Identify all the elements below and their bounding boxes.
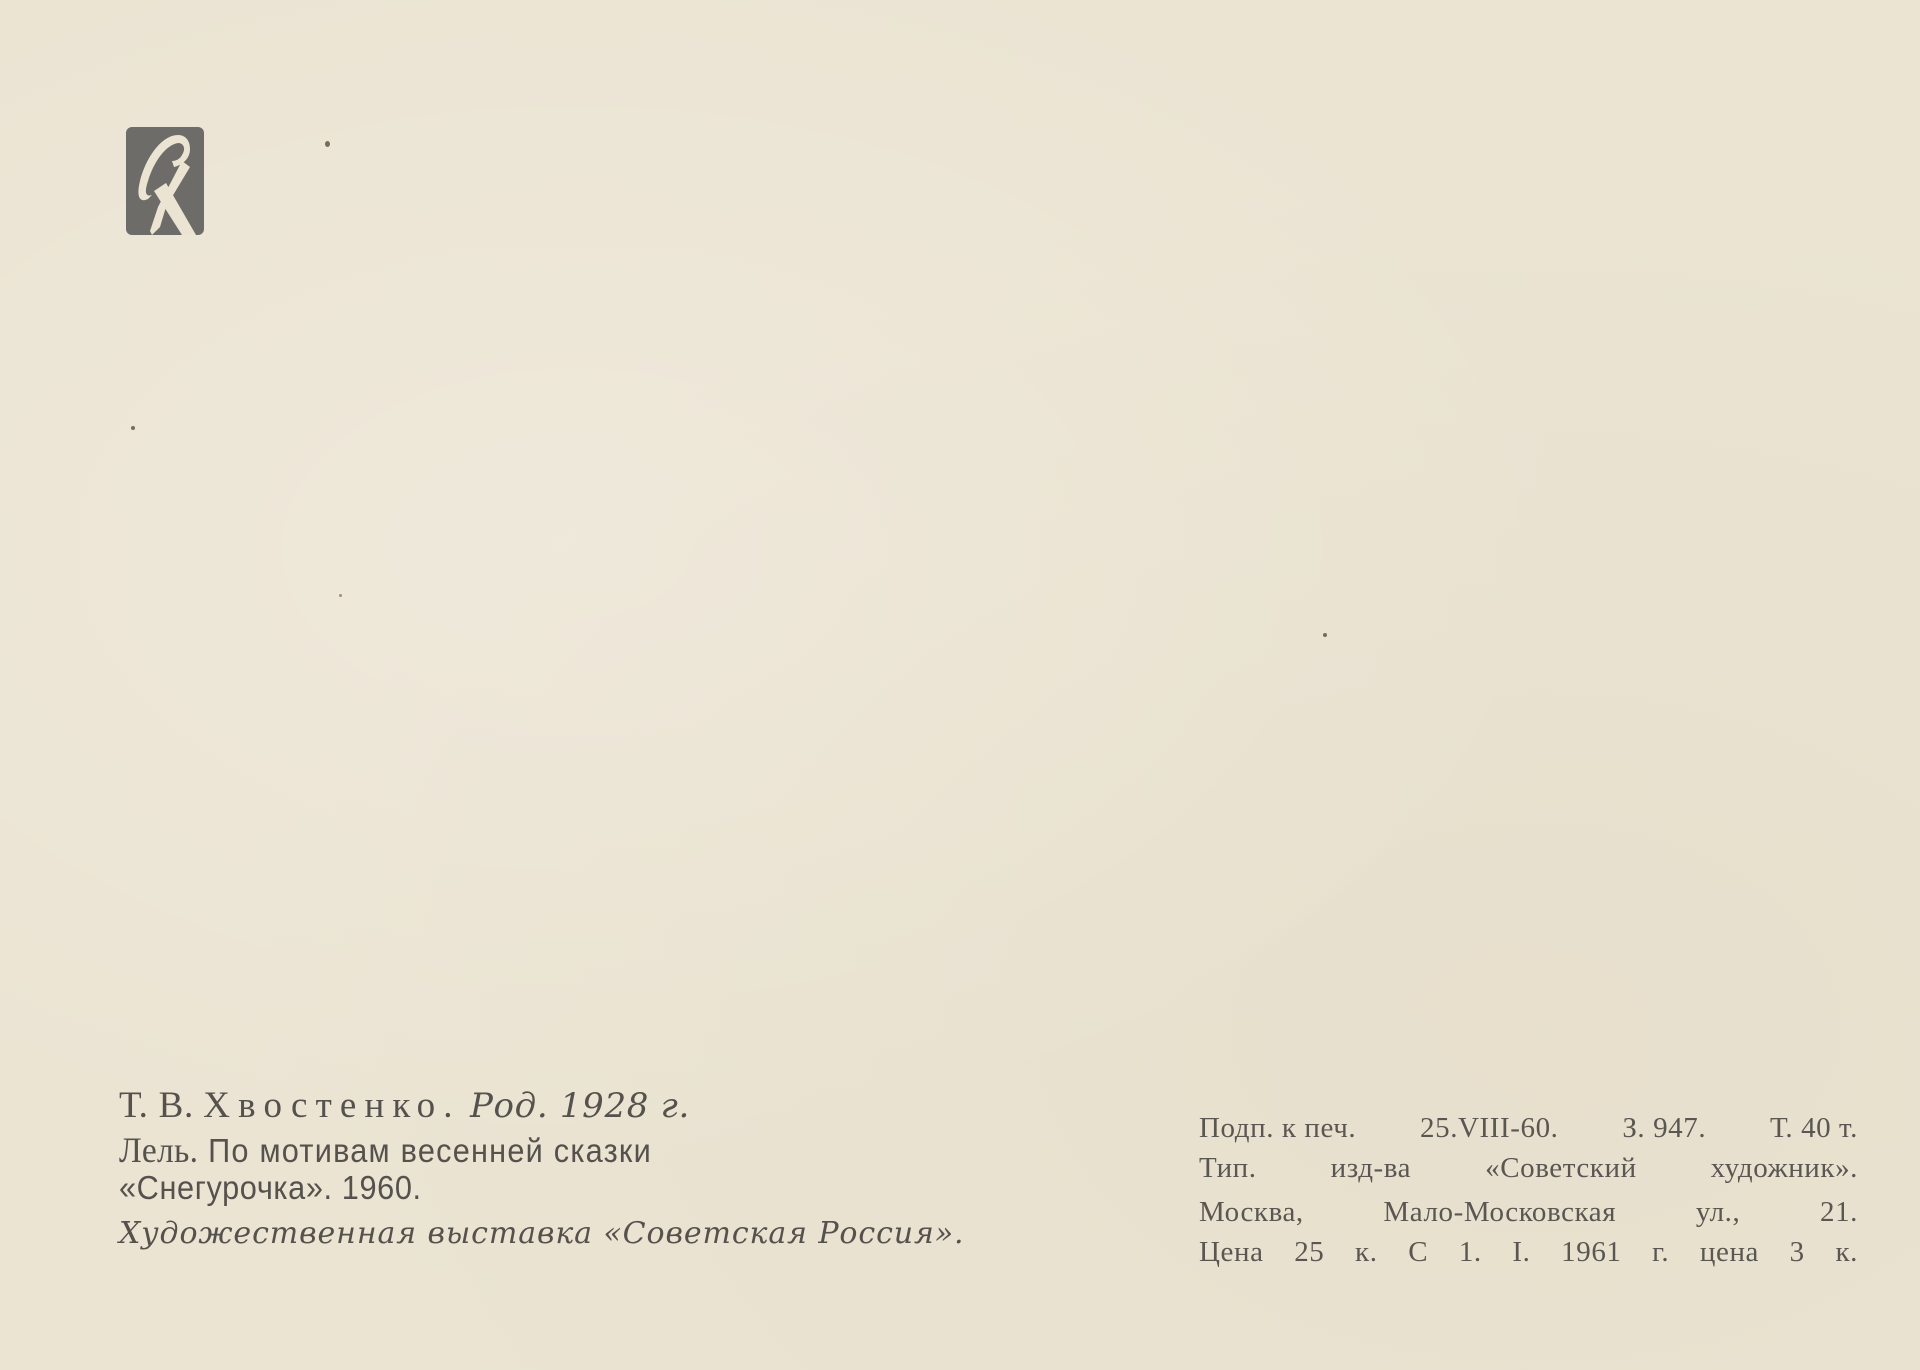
author-initials: Т. В.	[119, 1085, 194, 1126]
postcard-back: Т. В. Хвостенко. Род. 1928 г. Лель. По м…	[0, 0, 1920, 1370]
imprint-line-2: Тип. изд-ва «Советский художник».	[1199, 1148, 1858, 1188]
author-line: Т. В. Хвостенко. Род. 1928 г.	[119, 1086, 964, 1126]
paper-speck	[1323, 633, 1327, 637]
paper-speck	[339, 594, 342, 597]
paper-speck	[325, 141, 330, 147]
publisher-logo	[126, 127, 204, 235]
artwork-title-line-2: «Снегурочка». 1960.	[119, 1168, 905, 1208]
imprint-line-3: Москва, Мало-Московская ул., 21.	[1199, 1192, 1858, 1232]
artwork-caption: Т. В. Хвостенко. Род. 1928 г. Лель. По м…	[119, 1086, 964, 1254]
artwork-title: Лель.	[119, 1130, 198, 1170]
artwork-subtitle: По мотивам весенней сказки	[208, 1132, 652, 1169]
printing-imprint: Подп. к печ. 25.VIII-60. З. 947. Т. 40 т…	[1199, 1108, 1858, 1272]
exhibition-name: Художественная выставка «Советская Росси…	[119, 1214, 964, 1254]
artwork-title-line-1: Лель. По мотивам весенней сказки	[119, 1130, 905, 1170]
author-birth-year: Род. 1928 г.	[470, 1086, 690, 1126]
author-surname: Хвостенко.	[203, 1085, 460, 1126]
paper-speck	[131, 426, 135, 430]
imprint-line-1: Подп. к печ. 25.VIII-60. З. 947. Т. 40 т…	[1199, 1108, 1858, 1148]
publisher-monogram-icon	[126, 127, 204, 235]
imprint-line-4-price: Цена 25 к. С 1. I. 1961 г. цена 3 к.	[1199, 1232, 1858, 1272]
